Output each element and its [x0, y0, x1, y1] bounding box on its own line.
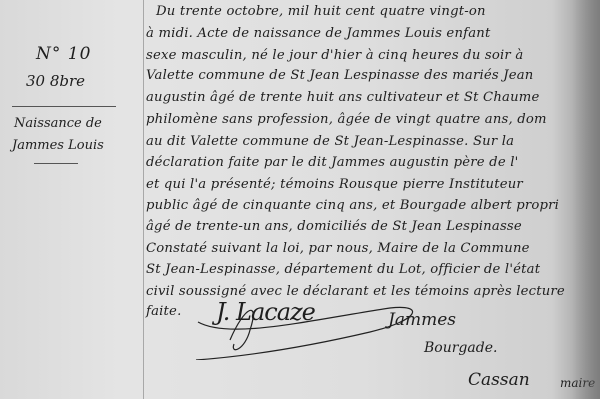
signature-mayor: Cassan — [468, 370, 530, 390]
body-line: Constaté suivant la loi, par nous, Maire… — [146, 241, 530, 256]
body-line: à midi. Acte de naissance de Jammes Loui… — [146, 26, 490, 41]
body-line: Du trente octobre, mil huit cent quatre … — [156, 4, 486, 19]
margin-underline — [34, 163, 78, 164]
margin-title-line-1: Naissance de — [14, 116, 102, 131]
signature-mayor-title: maire — [560, 376, 595, 390]
signature-witness: Bourgade. — [424, 340, 497, 356]
signature-declarant: Jammes — [388, 310, 456, 330]
body-line: Valette commune de St Jean Lespinasse de… — [146, 68, 534, 83]
margin-title-line-2: Jammes Louis — [12, 138, 104, 153]
body-line: sexe masculin, né le jour d'hier à cinq … — [146, 48, 523, 63]
margin-rule — [143, 0, 144, 399]
margin-column: N° 10 30 8bre Naissance de Jammes Louis — [0, 0, 143, 399]
signature-official: J. Lacaze — [216, 298, 315, 326]
entry-number: N° 10 — [36, 44, 91, 64]
entry-date: 30 8bre — [26, 72, 85, 90]
body-line: augustin âgé de trente huit ans cultivat… — [146, 90, 540, 105]
margin-divider — [12, 106, 116, 107]
body-line: philomène sans profession, âgée de vingt… — [146, 112, 547, 127]
body-line: public âgé de cinquante cinq ans, et Bou… — [146, 198, 559, 213]
body-line: au dit Valette commune de St Jean-Lespin… — [146, 134, 514, 149]
body-line: civil soussigné avec le déclarant et les… — [146, 284, 565, 299]
body-line: et qui l'a présenté; témoins Rousque pie… — [146, 177, 523, 192]
body-line: déclaration faite par le dit Jammes augu… — [146, 155, 518, 170]
page-edge-shadow — [572, 0, 600, 399]
register-page: N° 10 30 8bre Naissance de Jammes Louis … — [0, 0, 600, 399]
body-line: âgé de trente-un ans, domiciliés de St J… — [146, 219, 522, 234]
body-line: St Jean-Lespinasse, département du Lot, … — [146, 262, 540, 277]
body-line: faite. — [146, 304, 181, 319]
